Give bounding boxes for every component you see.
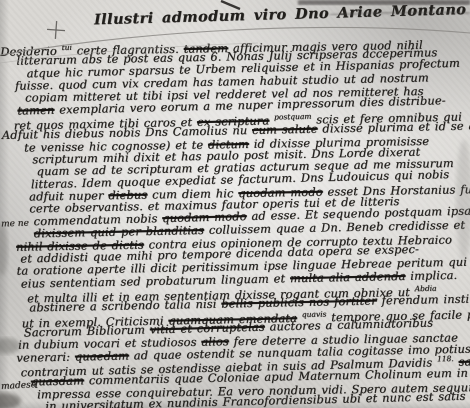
manuscript-line: Desiderio tui certe flagrantiss. tandem …: [0, 35, 470, 56]
marginal-note-me-ne: me ne: [1, 219, 29, 230]
letter-heading: Illustri admodum viro Dno Ariae Montano: [0, 0, 470, 31]
marginal-note-madese: madese: [1, 380, 36, 392]
manuscript-lines: Desiderio tui certe flagrantiss. tandem …: [0, 33, 470, 408]
manuscript-page-scan: Illustri admodum viro Dno Ariae Montano …: [0, 0, 470, 408]
